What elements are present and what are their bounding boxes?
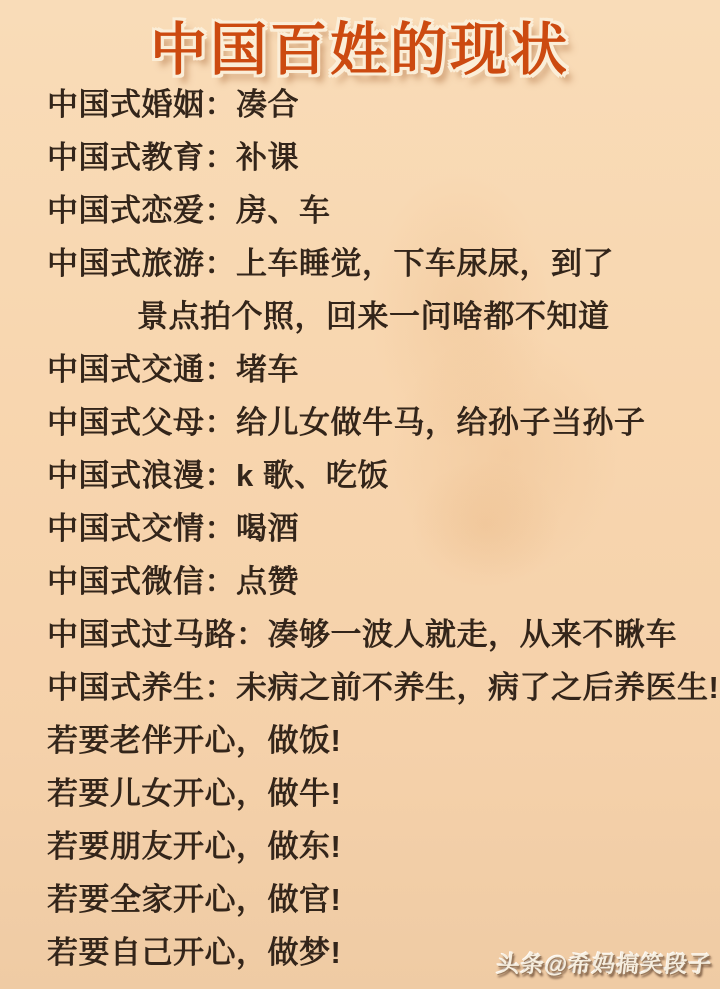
text-line-traffic: 中国式交通：堵车 xyxy=(47,343,716,396)
text-line-friends-happy: 若要朋友开心，做东! xyxy=(47,820,716,873)
text-line-crossing-road: 中国式过马路：凑够一波人就走，从来不瞅车 xyxy=(47,608,716,661)
meme-poster: 中国百姓的现状 中国式婚姻：凑合 中国式教育：补课 中国式恋爱：房、车 中国式旅… xyxy=(0,0,720,989)
text-line-travel: 中国式旅游：上车睡觉，下车尿尿，到了 xyxy=(47,237,716,290)
text-line-spouse-happy: 若要老伴开心，做饭! xyxy=(47,714,716,767)
text-line-education: 中国式教育：补课 xyxy=(47,131,716,184)
watermark: 头条@希妈搞笑段子 xyxy=(495,946,714,979)
text-line-health: 中国式养生：未病之前不养生，病了之后养医生! xyxy=(47,661,716,714)
text-line-children-happy: 若要儿女开心，做牛! xyxy=(47,767,716,820)
text-line-wechat: 中国式微信：点赞 xyxy=(47,555,716,608)
text-line-parents: 中国式父母：给儿女做牛马，给孙子当孙子 xyxy=(47,396,716,449)
text-line-friendship: 中国式交情：喝酒 xyxy=(47,502,716,555)
text-line-family-happy: 若要全家开心，做官! xyxy=(47,873,716,926)
text-line-romance: 中国式浪漫：k 歌、吃饭 xyxy=(47,449,716,502)
text-line-travel-continued: 景点拍个照，回来一问啥都不知道 xyxy=(47,290,716,343)
text-line-love: 中国式恋爱：房、车 xyxy=(47,184,716,237)
text-line-list: 中国式婚姻：凑合 中国式教育：补课 中国式恋爱：房、车 中国式旅游：上车睡觉，下… xyxy=(47,78,716,979)
poster-title: 中国百姓的现状 xyxy=(0,0,720,86)
text-line-marriage: 中国式婚姻：凑合 xyxy=(47,78,716,131)
